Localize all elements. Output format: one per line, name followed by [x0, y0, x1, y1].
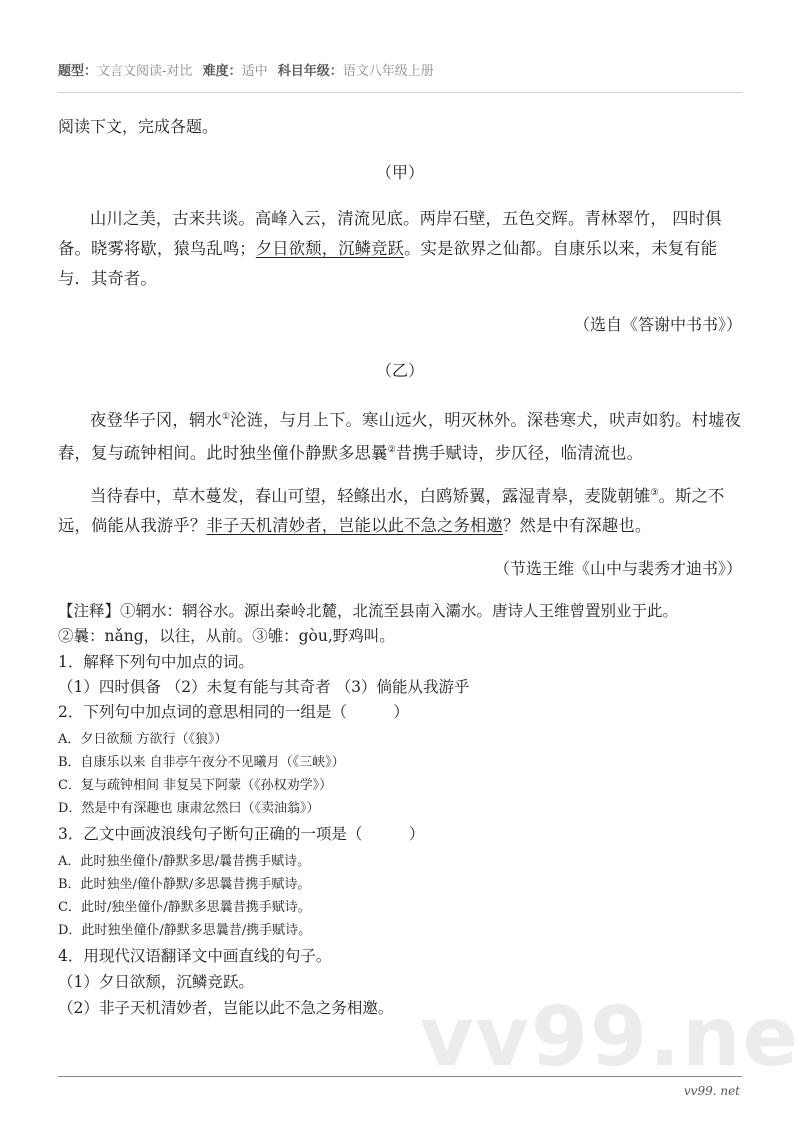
question-2-option-d[interactable]: D．然是中有深趣也 康肃忿然曰（《卖油翁》）: [58, 797, 320, 820]
question-4-stem: 4．用现代汉语翻译文中画直线的句子。: [58, 944, 331, 968]
text: 当待春中，草木蔓发，春山可望，轻鲦出水，白鸥矫翼，露湿青皋，麦陇朝雊: [90, 486, 650, 505]
difficulty-value: 适中: [242, 64, 268, 79]
question-4-item-2: （2）非子天机清妙者，岂能以此不急之务相邀。: [58, 996, 393, 1020]
header-divider: [58, 92, 742, 93]
passage-a-source: （选自《答谢中书书》）: [574, 312, 742, 335]
question-1-items: （1）四时俱备 （2）未复有能与其奇者 （3）倘能从我游乎: [58, 675, 469, 699]
notes-line-2: ②曩：nǎng，以往，从前。③雊：gòu,野鸡叫。: [58, 624, 748, 649]
footnote-marker-2: ②: [388, 445, 396, 455]
passage-b-title: （乙）: [0, 358, 800, 381]
type-label: 题型：: [58, 64, 97, 79]
difficulty-label: 难度：: [203, 64, 242, 79]
question-2-option-c[interactable]: C．复与疏钟相间 非复吴下阿蒙（《孙权劝学》）: [58, 774, 332, 797]
underlined-sentence-1: 夕日欲颓，沉鳞竞跃: [256, 239, 404, 258]
question-3-option-b[interactable]: B．此时独坐/僮仆静默/多思曩昔携手赋诗。: [58, 873, 310, 896]
question-3-stem: 3．乙文中画波浪线句子断句正确的一项是（ ）: [58, 822, 424, 846]
watermark: vv99.net: [420, 990, 800, 1085]
footnote-marker-1: ①: [222, 412, 230, 422]
question-2-stem: 2．下列句中加点词的意思相同的一组是（ ）: [58, 700, 409, 724]
passage-a-title: （甲）: [0, 160, 800, 183]
subject-value: 语文八年级上册: [343, 64, 434, 79]
text: ？然是中有深趣也。: [503, 516, 651, 535]
instruction: 阅读下文，完成各题。: [58, 114, 218, 137]
text: 夜登华子冈，辋水: [90, 410, 222, 429]
footer-divider: [58, 1076, 742, 1077]
footer-site: vv99. net: [684, 1084, 740, 1098]
passage-a-text: 山川之美，古来共谈。高峰入云，清流见底。两岸石壁，五色交辉。青林翠竹， 四时俱备…: [58, 204, 744, 294]
passage-b-source: （节选王维《山中与裴秀才迪书》）: [494, 556, 742, 579]
underlined-sentence-2: 非子天机清妙者，岂能以此不急之务相邀: [206, 516, 503, 535]
question-3-option-d[interactable]: D．此时独坐僮仆/静默多思曩昔/携手赋诗。: [58, 919, 311, 942]
type-value: 文言文阅读-对比: [97, 64, 192, 79]
subject-label: 科目年级：: [278, 64, 343, 79]
passage-b-paragraph-1: 夜登华子冈，辋水①沦涟，与月上下。寒山远火，明灭林外。深巷寒犬，吠声如豹。村墟夜…: [58, 402, 744, 469]
footnote-marker-3: ③: [650, 488, 658, 498]
question-3-option-c[interactable]: C．此时/独坐僮仆/静默多思曩昔携手赋诗。: [58, 896, 311, 919]
question-2-option-a[interactable]: A．夕日欲颓 方欲行（《狼》）: [58, 728, 228, 751]
passage-b-paragraph-2: 当待春中，草木蔓发，春山可望，轻鲦出水，白鸥矫翼，露湿青皋，麦陇朝雊③。斯之不远…: [58, 478, 744, 541]
question-1-stem: 1．解释下列句中加点的词。: [58, 650, 254, 674]
notes-line-1: 【注释】①辋水：辋谷水。源出秦岭北麓，北流至县南入灞水。唐诗人王维曾置别业于此。: [58, 599, 748, 624]
text: 昔携手赋诗，步仄径，临清流也。: [396, 444, 643, 463]
question-meta-header: 题型：文言文阅读-对比 难度：适中 科目年级：语文八年级上册: [58, 60, 434, 79]
question-4-item-1: （1）夕日欲颓，沉鳞竞跃。: [58, 970, 254, 994]
question-2-option-b[interactable]: B．自康乐以来 自非亭午夜分不见曦月（《三峡》）: [58, 751, 345, 774]
question-3-option-a[interactable]: A．此时独坐僮仆/静默多思/曩昔携手赋诗。: [58, 850, 310, 873]
